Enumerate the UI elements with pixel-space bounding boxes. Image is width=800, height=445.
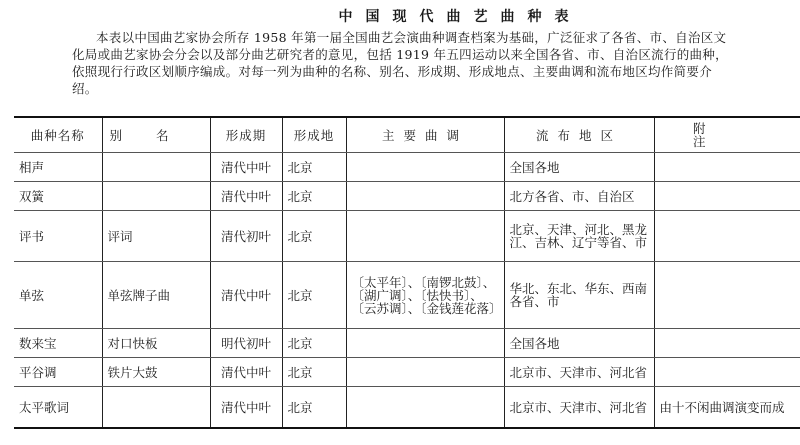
cell-note	[654, 182, 800, 211]
cell-period: 明代初叶	[210, 329, 282, 358]
cell-regions: 全国各地	[504, 329, 654, 358]
cell-alias	[102, 153, 210, 182]
cell-note: 由十不闲曲调演变而成	[654, 387, 800, 429]
cell-tunes	[346, 153, 504, 182]
intro-text: 本表以中国曲艺家协会所存 1958 年第一届全国曲艺会演曲种调查档案为基础，广泛…	[72, 29, 732, 97]
cell-tunes: 〔太平年〕、〔南锣北鼓〕、〔湖广调〕、〔怯快书〕、〔云苏调〕、〔金钱莲花落〕	[346, 262, 504, 329]
cell-alias: 评词	[102, 211, 210, 262]
table-row: 单弦 单弦牌子曲 清代中叶 北京 〔太平年〕、〔南锣北鼓〕、〔湖广调〕、〔怯快书…	[14, 262, 800, 329]
table-row: 双簧 清代中叶 北京 北方各省、市、自治区	[14, 182, 800, 211]
page-title: 中国现代曲艺曲种表	[0, 6, 800, 26]
cell-regions: 北京市、天津市、河北省	[504, 358, 654, 387]
cell-name: 数来宝	[14, 329, 102, 358]
cell-regions: 华北、东北、华东、西南各省、市	[504, 262, 654, 329]
cell-alias	[102, 182, 210, 211]
header-tunes: 主要曲调	[346, 117, 504, 153]
cell-name: 太平歌词	[14, 387, 102, 429]
cell-place: 北京	[282, 329, 346, 358]
header-name: 曲种名称	[14, 117, 102, 153]
cell-alias: 单弦牌子曲	[102, 262, 210, 329]
cell-place: 北京	[282, 358, 346, 387]
cell-tunes	[346, 358, 504, 387]
cell-regions: 北京、天津、河北、黑龙江、吉林、辽宁等省、市	[504, 211, 654, 262]
cell-name: 相声	[14, 153, 102, 182]
cell-note	[654, 211, 800, 262]
table-row: 平谷调 铁片大鼓 清代中叶 北京 北京市、天津市、河北省	[14, 358, 800, 387]
cell-period: 清代中叶	[210, 182, 282, 211]
cell-tunes	[346, 211, 504, 262]
header-place: 形成地	[282, 117, 346, 153]
cell-period: 清代初叶	[210, 211, 282, 262]
cell-note	[654, 262, 800, 329]
header-alias: 别名	[102, 117, 210, 153]
cell-alias: 对口快板	[102, 329, 210, 358]
cell-place: 北京	[282, 262, 346, 329]
cell-note	[654, 329, 800, 358]
cell-alias	[102, 387, 210, 429]
cell-note	[654, 153, 800, 182]
table-row: 数来宝 对口快板 明代初叶 北京 全国各地	[14, 329, 800, 358]
cell-name: 双簧	[14, 182, 102, 211]
table-row: 太平歌词 清代中叶 北京 北京市、天津市、河北省 由十不闲曲调演变而成	[14, 387, 800, 429]
cell-name: 单弦	[14, 262, 102, 329]
table-header-row: 曲种名称 别名 形成期 形成地 主要曲调 流布地区 附注	[14, 117, 800, 153]
cell-regions: 北方各省、市、自治区	[504, 182, 654, 211]
cell-note	[654, 358, 800, 387]
cell-tunes	[346, 387, 504, 429]
cell-period: 清代中叶	[210, 153, 282, 182]
table-row: 评书 评词 清代初叶 北京 北京、天津、河北、黑龙江、吉林、辽宁等省、市	[14, 211, 800, 262]
cell-place: 北京	[282, 387, 346, 429]
header-note: 附注	[654, 117, 800, 153]
header-period: 形成期	[210, 117, 282, 153]
cell-period: 清代中叶	[210, 262, 282, 329]
cell-regions: 北京市、天津市、河北省	[504, 387, 654, 429]
cell-alias: 铁片大鼓	[102, 358, 210, 387]
cell-regions: 全国各地	[504, 153, 654, 182]
cell-period: 清代中叶	[210, 358, 282, 387]
header-regions: 流布地区	[504, 117, 654, 153]
cell-place: 北京	[282, 153, 346, 182]
intro-paragraph: 本表以中国曲艺家协会所存 1958 年第一届全国曲艺会演曲种调查档案为基础，广泛…	[72, 29, 732, 97]
cell-tunes	[346, 182, 504, 211]
cell-place: 北京	[282, 182, 346, 211]
table-row: 相声 清代中叶 北京 全国各地	[14, 153, 800, 182]
cell-name: 评书	[14, 211, 102, 262]
cell-name: 平谷调	[14, 358, 102, 387]
cell-place: 北京	[282, 211, 346, 262]
cell-tunes	[346, 329, 504, 358]
quyi-types-table: 曲种名称 别名 形成期 形成地 主要曲调 流布地区 附注 相声 清代中叶 北京 …	[14, 116, 800, 429]
cell-period: 清代中叶	[210, 387, 282, 429]
